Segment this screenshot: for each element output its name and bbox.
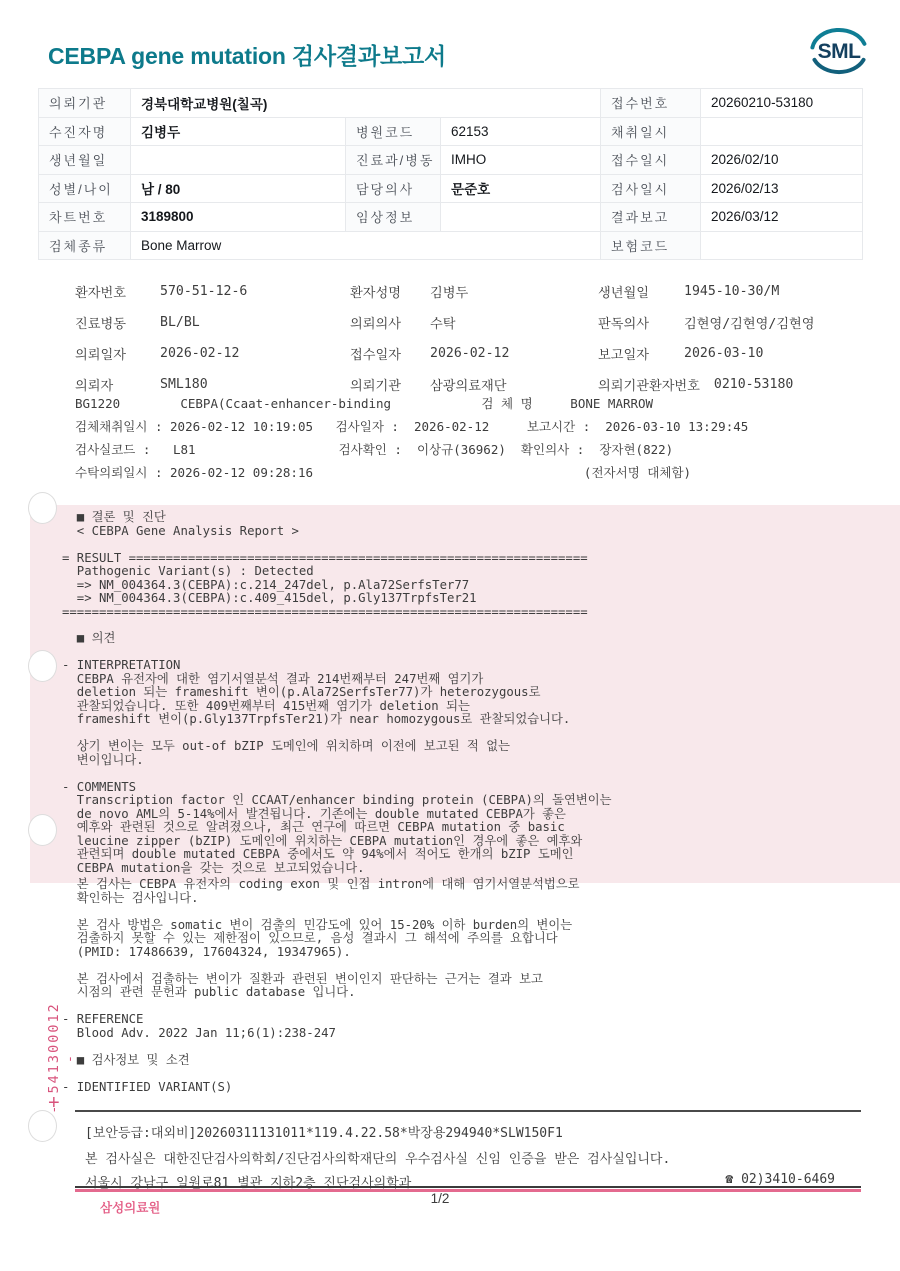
table-row: 의뢰기관 경북대학교병원(칠곡) 접수번호 20260210-53180	[39, 89, 863, 118]
table-row: 수진자명 김병두 병원코드 62153 채취일시	[39, 117, 863, 146]
field-label: 생년월일	[598, 282, 670, 301]
field-label: 환자성명	[350, 282, 430, 301]
field-value: 2026-02-12	[160, 346, 350, 361]
field-value: 2026-03-10	[684, 346, 763, 361]
page-title: CEBPA gene mutation 검사결과보고서	[48, 38, 446, 71]
field-label: 병원코드	[346, 117, 441, 146]
field-label: 채취일시	[601, 117, 701, 146]
divider-dark-line	[75, 1186, 861, 1188]
scan-patient-row: 진료병동 BL/BL 의뢰의사 수탁 판독의사 김현영/김현영/김현영	[75, 307, 875, 338]
punch-hole	[28, 1110, 57, 1142]
field-label: 검사일시	[601, 174, 701, 203]
field-value	[441, 203, 601, 232]
punch-hole	[28, 814, 57, 846]
field-value: 김현영/김현영/김현영	[684, 313, 815, 332]
scan-patient-row: 환자번호 570-51-12-6 환자성명 김병두 생년월일 1945-10-3…	[75, 276, 875, 307]
sml-logo-graphic: SML	[808, 26, 870, 76]
field-value: 2026/03/12	[701, 203, 863, 232]
field-value	[131, 146, 346, 175]
field-label: 담당의사	[346, 174, 441, 203]
field-label: 의뢰일자	[75, 344, 160, 363]
field-label: 수진자명	[39, 117, 131, 146]
field-value	[701, 231, 863, 260]
field-value: 2026/02/10	[701, 146, 863, 175]
field-value: 김병두	[430, 282, 598, 301]
field-value: BL/BL	[160, 315, 350, 330]
footer-divider-top	[75, 1110, 861, 1112]
field-value: 남 / 80	[131, 174, 346, 203]
field-value: 570-51-12-6	[160, 284, 350, 299]
field-label: 임상정보	[346, 203, 441, 232]
field-label: 검체종류	[39, 231, 131, 260]
field-label: 환자번호	[75, 282, 160, 301]
field-label: 접수번호	[601, 89, 701, 118]
field-label: 생년월일	[39, 146, 131, 175]
conclusion-result-block: ■ 결론 및 진단 < CEBPA Gene Analysis Report >…	[30, 505, 900, 627]
field-value: SML180	[160, 377, 350, 392]
punch-hole	[28, 650, 57, 682]
hospital-brand: 삼성의료원	[100, 1198, 160, 1216]
page-number: 1/2	[380, 1191, 500, 1206]
field-value: 김병두	[131, 117, 346, 146]
security-classification-line: [보안등급:대외비]20260311131011*119.4.22.58*박장용…	[85, 1122, 563, 1141]
punch-hole	[28, 492, 57, 524]
field-value: IMHO	[441, 146, 601, 175]
field-value: 문준호	[441, 174, 601, 203]
field-value: 0210-53180	[714, 377, 793, 392]
scan-patient-row: 의뢰일자 2026-02-12 접수일자 2026-02-12 보고일자 202…	[75, 338, 875, 369]
table-row: 생년월일 진료과/병동 IMHO 접수일시 2026/02/10	[39, 146, 863, 175]
field-label: 의뢰의사	[350, 313, 430, 332]
field-label: 성별/나이	[39, 174, 131, 203]
field-label: 의뢰기관	[39, 89, 131, 118]
sml-logo: SML	[808, 26, 870, 76]
field-label: 결과보고	[601, 203, 701, 232]
field-value: 1945-10-30/M	[684, 284, 779, 299]
report-page: CEBPA gene mutation 검사결과보고서 SML 의뢰기관 경북대…	[0, 0, 900, 1271]
lab-certification-line: 본 검사실은 대한진단검사의학회/진단검사의학재단의 우수검사실 신임 인증을 …	[85, 1148, 670, 1167]
field-value: 20260210-53180	[701, 89, 863, 118]
comments-reference-block: 본 검사는 CEBPA 유전자의 coding exon 및 인접 intron…	[62, 878, 862, 1094]
field-value: 62153	[441, 117, 601, 146]
field-label: 진료병동	[75, 313, 160, 332]
field-value: 수탁	[430, 313, 598, 332]
field-label: 보고일자	[598, 344, 670, 363]
field-label: 판독의사	[598, 313, 670, 332]
field-label: 접수일자	[350, 344, 430, 363]
field-value: 3189800	[131, 203, 346, 232]
scan-test-meta: BG1220 CEBPA(Ccaat-enhancer-binding 검 체 …	[75, 392, 748, 484]
sml-logo-text: SML	[818, 40, 862, 63]
field-value: 2026-02-12	[430, 346, 598, 361]
patient-info-table: 의뢰기관 경북대학교병원(칠곡) 접수번호 20260210-53180 수진자…	[38, 88, 863, 260]
table-row: 검체종류 Bone Marrow 보험코드	[39, 231, 863, 260]
table-row: 차트번호 3189800 임상정보 결과보고 2026/03/12	[39, 203, 863, 232]
field-value: Bone Marrow	[131, 231, 601, 260]
field-value: 2026/02/13	[701, 174, 863, 203]
scan-patient-grid: 환자번호 570-51-12-6 환자성명 김병두 생년월일 1945-10-3…	[75, 276, 875, 400]
field-label: 차트번호	[39, 203, 131, 232]
field-value: 경북대학교병원(칠곡)	[131, 89, 601, 118]
field-label: 접수일시	[601, 146, 701, 175]
table-row: 성별/나이 남 / 80 담당의사 문준호 검사일시 2026/02/13	[39, 174, 863, 203]
field-label: 진료과/병동	[346, 146, 441, 175]
field-value	[701, 117, 863, 146]
opinion-block: ■ 의견 - INTERPRETATION CEBPA 유전자에 대한 염기서열…	[30, 626, 900, 883]
field-label: 보험코드	[601, 231, 701, 260]
